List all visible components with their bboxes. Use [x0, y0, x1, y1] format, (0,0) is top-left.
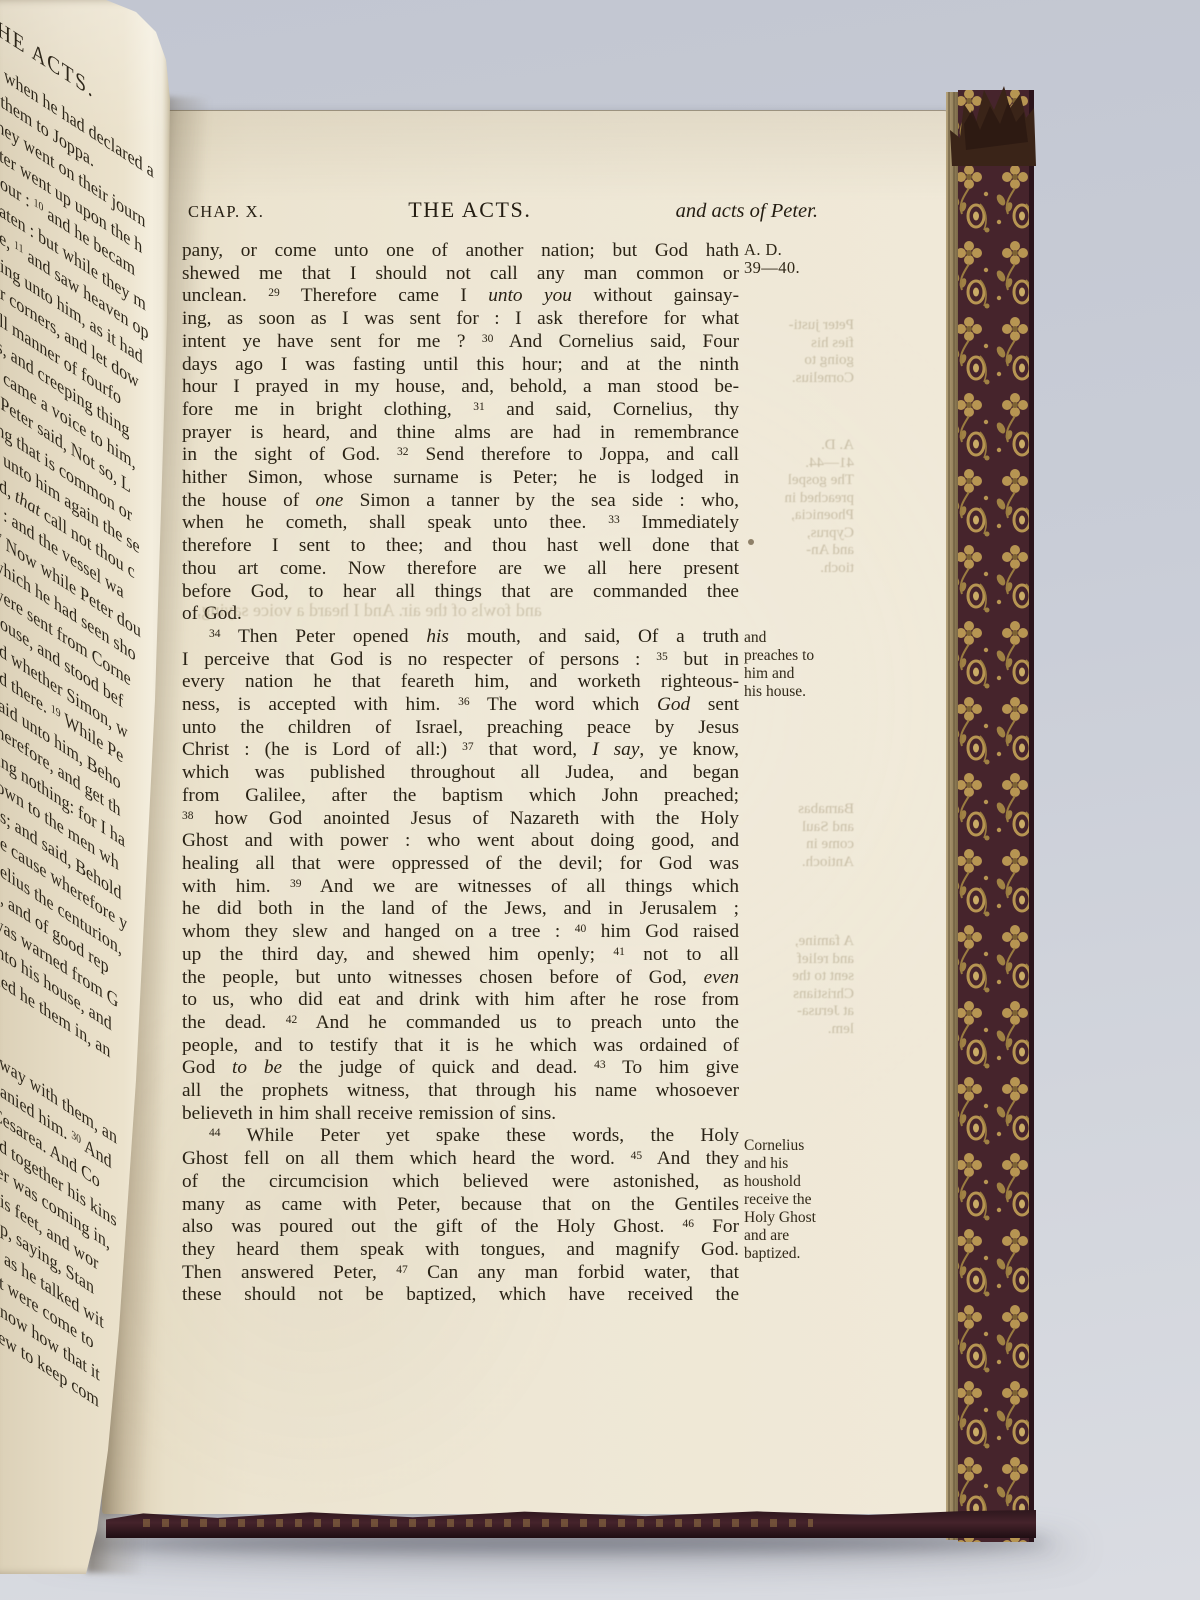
text-line: they heard them speak with tongues, and … — [182, 1239, 739, 1262]
text-line: 44 While Peter yet spake these words, th… — [182, 1125, 739, 1148]
bottom-gilt-edge — [106, 1510, 1036, 1538]
text-line: which was published throughout all Judea… — [182, 762, 739, 785]
showthrough-body-line: and fowls of the air. And I heard a voic… — [197, 600, 542, 621]
recto-page: CHAP. X. THE ACTS. and acts of Peter. pa… — [102, 110, 952, 1514]
showthrough-line: and relief — [744, 951, 854, 969]
showthrough-line: and Saul — [744, 819, 854, 837]
margin-note-line: A. D. — [744, 241, 859, 259]
text-line: intent ye have sent for me ? 30 And Corn… — [182, 331, 739, 354]
margin-note-line: Holy Ghost — [744, 1209, 859, 1227]
scripture-text-column: pany, or come unto one of another nation… — [182, 240, 739, 1307]
text-line: whom they slew and hanged on a tree : 40… — [182, 921, 739, 944]
showthrough-line: and An- — [744, 542, 854, 560]
margin-note-line: and — [744, 629, 859, 647]
showthrough-line: lem. — [744, 1021, 854, 1039]
text-line: he did both in the land of the Jews, and… — [182, 898, 739, 921]
text-line: ness, is accepted with him. 36 The word … — [182, 694, 739, 717]
page-speck — [748, 539, 754, 545]
text-line: Christ : (he is Lord of all:) 37 that wo… — [182, 739, 739, 762]
showthrough-line: Antioch. — [744, 854, 854, 872]
text-line: prayer is heard, and thine alms are had … — [182, 422, 739, 445]
margin-note-line: him and — [744, 665, 859, 683]
showthrough-note: A. D.41—44.The gospelpreached inPhoenici… — [744, 437, 854, 577]
showthrough-line: come in — [744, 836, 854, 854]
margin-note-line: baptized. — [744, 1245, 859, 1263]
text-line: Ghost fell on all them which heard the w… — [182, 1148, 739, 1171]
showthrough-line: Cyprus, — [744, 525, 854, 543]
text-line: the people, but unto witnesses chosen be… — [182, 967, 739, 990]
text-line: God to be the judge of quick and dead. 4… — [182, 1057, 739, 1080]
margin-note-line: preaches to — [744, 647, 859, 665]
margin-note-line: and are — [744, 1227, 859, 1245]
text-line: 38 how God anointed Jesus of Nazareth wi… — [182, 808, 739, 831]
text-line: up the third day, and shewed him openly;… — [182, 944, 739, 967]
showthrough-note: Peter justi-fies hisgoing toCornelius. — [744, 317, 854, 387]
text-line: hither Simon, whose surname is Peter; he… — [182, 467, 739, 490]
margin-note-line: Cornelius — [744, 1137, 859, 1155]
text-line: pany, or come unto one of another nation… — [182, 240, 739, 263]
margin-note-line: his house. — [744, 683, 859, 701]
text-line: also was poured out the gift of the Holy… — [182, 1216, 739, 1239]
text-line: to us, who did eat and drink with him af… — [182, 989, 739, 1012]
text-line: from Galilee, after the baptism which Jo… — [182, 785, 739, 808]
book-title-heading: THE ACTS. — [408, 197, 531, 223]
margin-note: andpreaches tohim andhis house. — [744, 629, 859, 701]
margin-note-line: 39—40. — [744, 259, 859, 277]
text-line: Ghost and with power : who went about do… — [182, 830, 739, 853]
showthrough-line: sent to the — [744, 968, 854, 986]
text-line: the dead. 42 And he commanded us to prea… — [182, 1012, 739, 1035]
text-line: all the prophets witness, that through h… — [182, 1080, 739, 1103]
showthrough-line: preached in — [744, 490, 854, 508]
margin-note: Corneliusand hishousholdreceive theHoly … — [744, 1137, 859, 1263]
showthrough-note: A famine,and reliefsent to theChristians… — [744, 933, 854, 1038]
text-line: people, and to testify that it is he whi… — [182, 1035, 739, 1058]
text-line: of the circumcision which believed were … — [182, 1171, 739, 1194]
gilt-fore-edge — [946, 84, 1042, 1546]
text-line: days ago I was fasting until this hour; … — [182, 354, 739, 377]
showthrough-line: tioch. — [744, 560, 854, 578]
text-line: unto the children of Israel, preaching p… — [182, 717, 739, 740]
text-line: healing all that were oppressed of the d… — [182, 853, 739, 876]
showthrough-line: Christians — [744, 986, 854, 1004]
text-line: thou art come. Now therefore are we all … — [182, 558, 739, 581]
showthrough-note: Barnabasand Saulcome inAntioch. — [744, 801, 854, 871]
showthrough-line: fies his — [744, 335, 854, 353]
text-line: every nation he that feareth him, and wo… — [182, 671, 739, 694]
text-line: 34 Then Peter opened his mouth, and said… — [182, 626, 739, 649]
margin-note-line: receive the — [744, 1191, 859, 1209]
text-line: ing, as soon as I was sent for : I ask t… — [182, 308, 739, 331]
showthrough-line: Phoenicia, — [744, 507, 854, 525]
text-line: hour I prayed in my house, and, behold, … — [182, 376, 739, 399]
running-title: and acts of Peter. — [676, 200, 818, 223]
text-line: I perceive that God is no respecter of p… — [182, 649, 739, 672]
text-line: therefore I sent to thee; and thou hast … — [182, 535, 739, 558]
showthrough-line: at Jerusa- — [744, 1003, 854, 1021]
margin-note-line: houshold — [744, 1173, 859, 1191]
text-line: Then answered Peter, 47 Can any man forb… — [182, 1262, 739, 1285]
text-line: these should not be baptized, which have… — [182, 1284, 739, 1307]
text-line: shewed me that I should not call any man… — [182, 263, 739, 286]
text-line: with him. 39 And we are witnesses of all… — [182, 876, 739, 899]
showthrough-line: A famine, — [744, 933, 854, 951]
showthrough-line: A. D. — [744, 437, 854, 455]
paragraph: 34 Then Peter opened his mouth, and said… — [182, 626, 739, 1125]
paragraph: pany, or come unto one of another nation… — [182, 240, 739, 626]
text-line: fore me in bright clothing, 31 and said,… — [182, 399, 739, 422]
showthrough-line: 41—44. — [744, 455, 854, 473]
margin-note: A. D.39—40. — [744, 241, 859, 277]
page-header: CHAP. X. THE ACTS. and acts of Peter. — [188, 197, 818, 223]
text-line: believeth in him shall receive remission… — [182, 1103, 739, 1126]
showthrough-line: Peter justi- — [744, 317, 854, 335]
margin-note-line: and his — [744, 1155, 859, 1173]
text-line: in the sight of God. 32 Send therefore t… — [182, 444, 739, 467]
text-line: the house of one Simon a tanner by the s… — [182, 490, 739, 513]
showthrough-line: Barnabas — [744, 801, 854, 819]
paragraph: 44 While Peter yet spake these words, th… — [182, 1125, 739, 1307]
text-line: many as came with Peter, because that on… — [182, 1194, 739, 1217]
text-line: unclean. 29 Therefore came I unto you wi… — [182, 285, 739, 308]
showthrough-line: The gospel — [744, 472, 854, 490]
text-line: when he cometh, shall speak unto thee. 3… — [182, 512, 739, 535]
showthrough-line: Cornelius. — [744, 370, 854, 388]
showthrough-line: going to — [744, 352, 854, 370]
